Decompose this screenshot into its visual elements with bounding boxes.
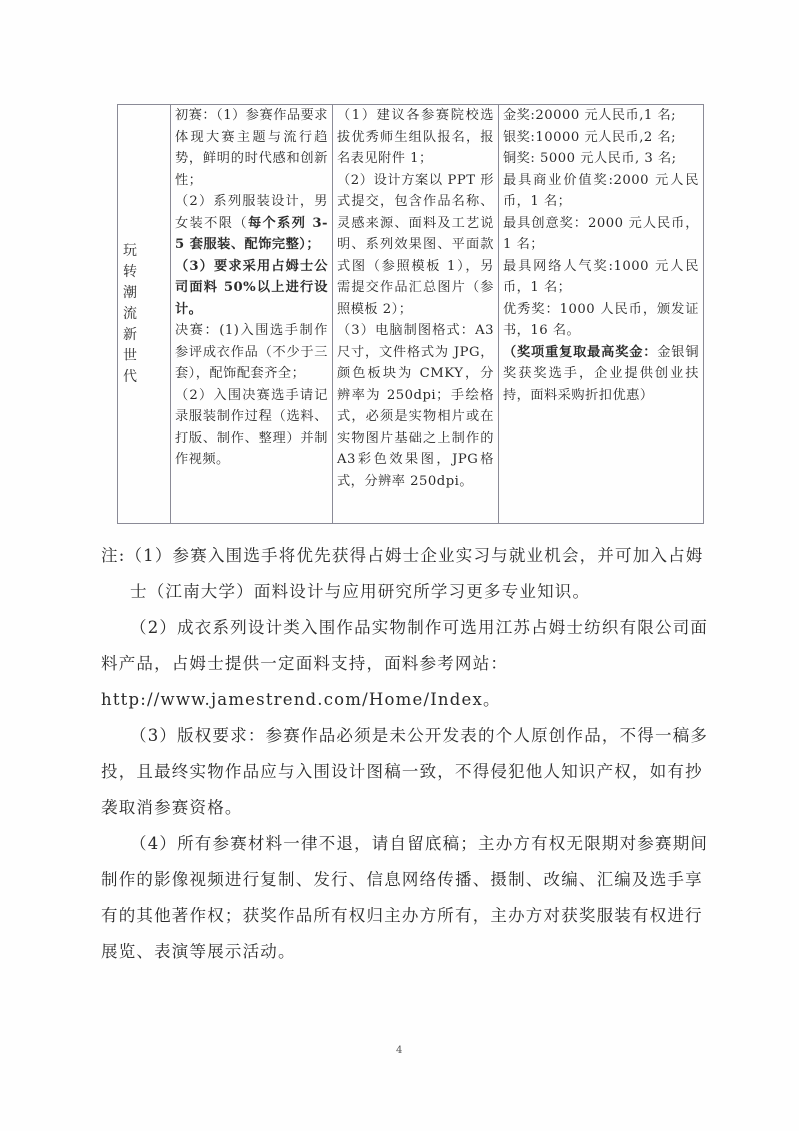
award-commercial: 最具商业价值奖:2000 元人民币，1 名； xyxy=(503,170,699,213)
award-note-bold: （奖项重复取最高奖金： xyxy=(503,345,657,360)
awards-cell: 金奖:20000 元人民币,1 名; 银奖:10000 元人民币,2 名; 铜奖… xyxy=(499,105,704,524)
award-gold: 金奖:20000 元人民币,1 名; xyxy=(503,105,699,127)
note-3-text: （3）版权要求：参赛作品必须是未公开发表的个人原创作品，不得一稿多投，且最终实物… xyxy=(101,718,710,826)
requirement-final-1: 决赛：(1)入围选手制作参评成衣作品（不少于三套），配饰配套齐全； xyxy=(175,323,328,381)
requirement-preliminary-1: 初赛：（1）参赛作品要求体现大赛主题与流行趋势，鲜明的时代感和创新性； xyxy=(175,108,328,188)
award-silver: 银奖:10000 元人民币,2 名; xyxy=(503,127,699,149)
submission-item-2: （2）设计方案以 PPT 形式提交，包含作品名称、灵感来源、面料及工艺说明、系列… xyxy=(337,170,494,321)
submission-cell: （1）建议各参赛院校选拔优秀师生组队报名，报名表见附件 1； （2）设计方案以 … xyxy=(333,105,499,524)
award-creative: 最具创意奖：2000 元人民币，1 名； xyxy=(503,213,699,256)
notes-section: 注:（1）参赛入围选手将优先获得占姆士企业实习与就业机会，并可加入占姆士（江南大… xyxy=(130,538,710,970)
table-row: 玩 转 潮 流 新 世 代 初赛：（1）参赛作品要求体现大赛主题与流行趋势，鲜明… xyxy=(118,105,704,524)
award-popularity: 最具网络人气奖:1000 元人民币，1 名； xyxy=(503,256,699,299)
note-3: （3）版权要求：参赛作品必须是未公开发表的个人原创作品，不得一稿多投，且最终实物… xyxy=(101,718,710,826)
requirement-preliminary-3: （3）要求采用占姆士公司面料 50%以上进行设计。 xyxy=(175,259,328,317)
competition-rules-table: 玩 转 潮 流 新 世 代 初赛：（1）参赛作品要求体现大赛主题与流行趋势，鲜明… xyxy=(117,104,704,524)
note-1: 注:（1）参赛入围选手将优先获得占姆士企业实习与就业机会，并可加入占姆士（江南大… xyxy=(130,538,710,610)
note-4-text: （4）所有参赛材料一律不退，请自留底稿；主办方有权无限期对参赛期间制作的影像视频… xyxy=(101,826,710,970)
submission-item-1: （1）建议各参赛院校选拔优秀师生组队报名，报名表见附件 1； xyxy=(337,105,494,170)
note-1-text: 注:（1）参赛入围选手将优先获得占姆士企业实习与就业机会，并可加入占姆士（江南大… xyxy=(101,538,710,610)
award-bronze: 铜奖: 5000 元人民币, 3 名; xyxy=(503,148,699,170)
note-2-text: （2）成衣系列设计类入围作品实物制作可选用江苏占姆士纺织有限公司面料产品，占姆士… xyxy=(101,610,710,718)
requirements-cell: 初赛：（1）参赛作品要求体现大赛主题与流行趋势，鲜明的时代感和创新性； （2）系… xyxy=(171,105,333,524)
theme-cell: 玩 转 潮 流 新 世 代 xyxy=(118,105,171,524)
note-2: （2）成衣系列设计类入围作品实物制作可选用江苏占姆士纺织有限公司面料产品，占姆士… xyxy=(101,610,710,718)
requirement-final-2: （2）入围决赛选手请记录服装制作过程（选料、打版、制作、整理）并制作视频。 xyxy=(175,388,328,468)
page-number: 4 xyxy=(396,1045,402,1056)
submission-item-3: （3）电脑制图格式：A3 尺寸，文件格式为 JPG，颜色板块为 CMKY，分辨率… xyxy=(337,320,494,492)
note-4: （4）所有参赛材料一律不退，请自留底稿；主办方有权无限期对参赛期间制作的影像视频… xyxy=(101,826,710,970)
award-excellence: 优秀奖：1000 人民币，颁发证书，16 名。 xyxy=(503,299,699,342)
